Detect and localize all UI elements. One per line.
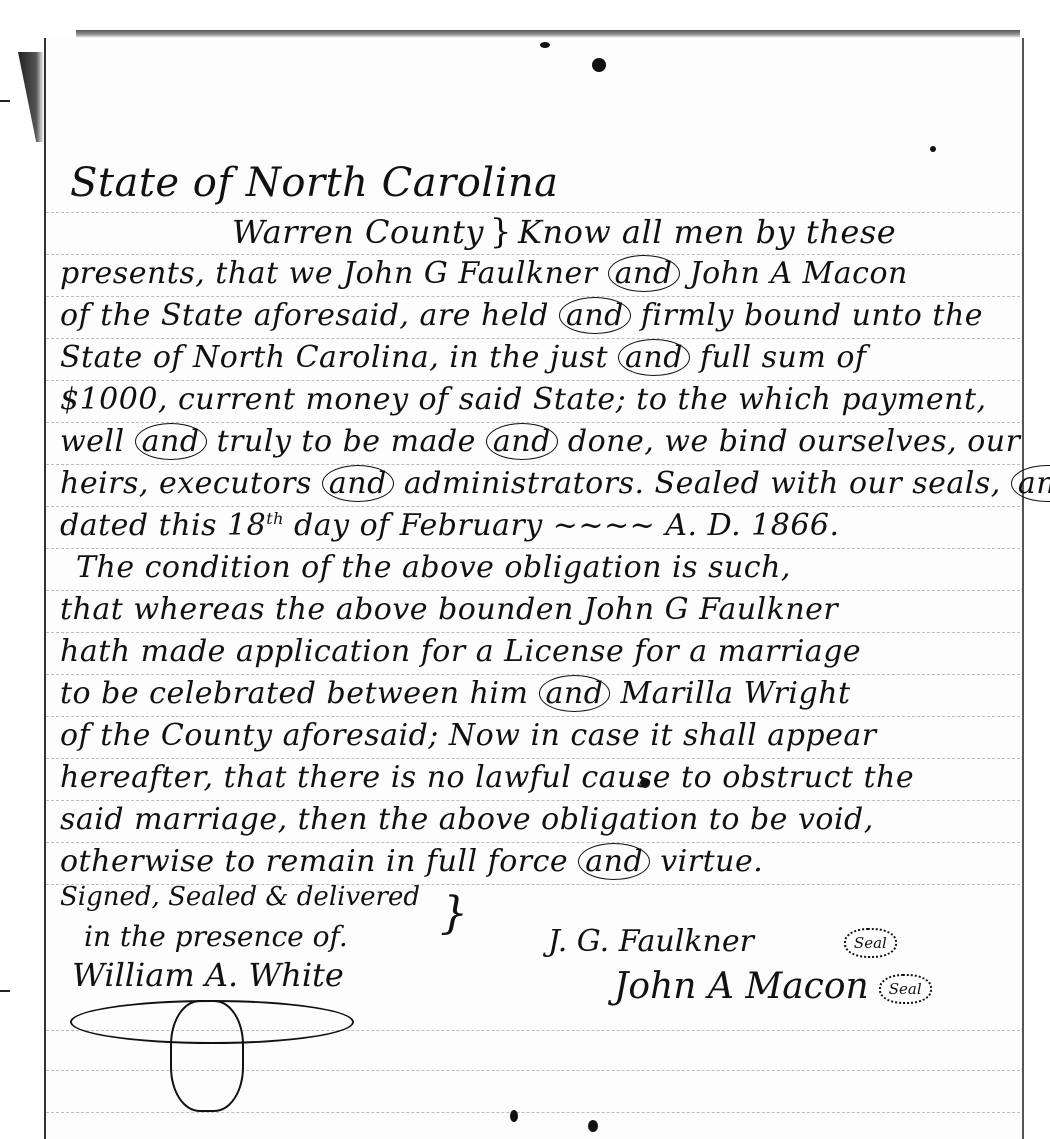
- and-abbrev: and: [608, 255, 680, 292]
- text-run: dated this 18: [60, 508, 266, 543]
- page-top-edge: [76, 30, 1020, 38]
- signature-faulkner: J. G. FaulknerSeal: [548, 924, 897, 959]
- and-abbrev: and: [1011, 465, 1050, 502]
- margin-tick: [0, 100, 10, 102]
- condition-line-6: hereafter, that there is no lawful cause…: [60, 760, 914, 795]
- county-name: Warren County: [232, 213, 484, 251]
- document-heading: State of North Carolina: [70, 160, 559, 206]
- ruled-line: [46, 380, 1020, 381]
- and-abbrev: and: [135, 423, 207, 460]
- and-abbrev: and: [578, 843, 650, 880]
- ruled-line: [46, 464, 1020, 465]
- attestation-line-1: Signed, Sealed & delivered: [60, 882, 420, 912]
- and-abbrev: and: [539, 675, 611, 712]
- body-line-3: State of North Carolina, in the just and…: [60, 340, 867, 375]
- seal-mark: Seal: [844, 928, 897, 958]
- signature-text: John A Macon: [614, 966, 869, 1007]
- ruled-line: [46, 800, 1020, 801]
- ruled-line: [46, 254, 1020, 255]
- ink-blot: [640, 778, 650, 788]
- witness-signature: William A. White: [72, 956, 344, 994]
- text-run: Marilla Wright: [610, 676, 850, 711]
- text-run: full sum of: [690, 340, 867, 375]
- condition-line-7: said marriage, then the above obligation…: [60, 802, 874, 837]
- condition-line-4: to be celebrated between him and Marilla…: [60, 676, 851, 711]
- ruled-line: [46, 1112, 1020, 1113]
- county-line: Warren County}Know all men by these: [232, 212, 896, 252]
- body-line-6: heirs, executors and administrators. Sea…: [60, 466, 1050, 501]
- body-line-2: of the State aforesaid, are held and fir…: [60, 298, 983, 333]
- signature-text: J. G. Faulkner: [548, 924, 754, 959]
- condition-line-8: otherwise to remain in full force and vi…: [60, 844, 763, 879]
- date-line: dated this 18th day of February ~~~~ A. …: [60, 508, 840, 543]
- body-line-4: $1000, current money of said State; to t…: [60, 382, 987, 417]
- condition-line-1: The condition of the above obligation is…: [76, 550, 791, 585]
- page-binding-shadow: [18, 52, 44, 142]
- attestation-line-2: in the presence of.: [84, 920, 348, 953]
- ink-blot: [510, 1110, 518, 1122]
- body-line-1: presents, that we John G Faulkner and Jo…: [60, 256, 908, 291]
- text-run: John A Macon: [680, 256, 908, 291]
- text-run: State of North Carolina, in the just: [60, 340, 618, 375]
- ink-blot: [588, 1120, 598, 1132]
- brace-mark: }: [490, 212, 512, 252]
- text-run: administrators. Sealed with our seals,: [394, 466, 1011, 501]
- and-abbrev: and: [486, 423, 558, 460]
- ruled-line: [46, 422, 1020, 423]
- ink-blot: [930, 146, 936, 152]
- ruled-line: [46, 548, 1020, 549]
- text-run: firmly bound unto the: [631, 298, 983, 333]
- seal-mark: Seal: [879, 974, 932, 1004]
- text-run: day of February ~~~~ A. D. 1866.: [284, 508, 840, 543]
- text-run: done, we bind ourselves, our: [558, 424, 1021, 459]
- ink-blot: [540, 42, 550, 48]
- and-abbrev: and: [559, 297, 631, 334]
- text-run: to be celebrated between him: [60, 676, 539, 711]
- brace-mark: }: [440, 888, 468, 939]
- text-run: otherwise to remain in full force: [60, 844, 578, 879]
- text-run: of the State aforesaid, are held: [60, 298, 559, 333]
- ruled-line: [46, 842, 1020, 843]
- and-abbrev: and: [322, 465, 394, 502]
- ruled-line: [46, 716, 1020, 717]
- text-run: heirs, executors: [60, 466, 322, 501]
- text-run: truly to be made: [207, 424, 486, 459]
- text-run: virtue.: [650, 844, 763, 879]
- ruled-line: [46, 296, 1020, 297]
- margin-tick: [0, 990, 10, 992]
- ordinal-suffix: th: [266, 509, 284, 528]
- preamble-text: Know all men by these: [518, 213, 896, 251]
- ruled-line: [46, 506, 1020, 507]
- ruled-line: [46, 590, 1020, 591]
- body-line-5: well and truly to be made and done, we b…: [60, 424, 1020, 459]
- signature-macon: John A MaconSeal: [614, 966, 932, 1007]
- ruled-line: [46, 758, 1020, 759]
- ruled-line: [46, 674, 1020, 675]
- text-run: presents, that we John G Faulkner: [60, 256, 608, 291]
- and-abbrev: and: [618, 339, 690, 376]
- witness-flourish-loops: [170, 1000, 244, 1112]
- ink-blot: [592, 58, 606, 72]
- condition-line-2: that whereas the above bounden John G Fa…: [60, 592, 838, 627]
- text-run: well: [60, 424, 135, 459]
- condition-line-5: of the County aforesaid; Now in case it …: [60, 718, 877, 753]
- ruled-line: [46, 338, 1020, 339]
- ruled-line: [46, 632, 1020, 633]
- condition-line-3: hath made application for a License for …: [60, 634, 861, 669]
